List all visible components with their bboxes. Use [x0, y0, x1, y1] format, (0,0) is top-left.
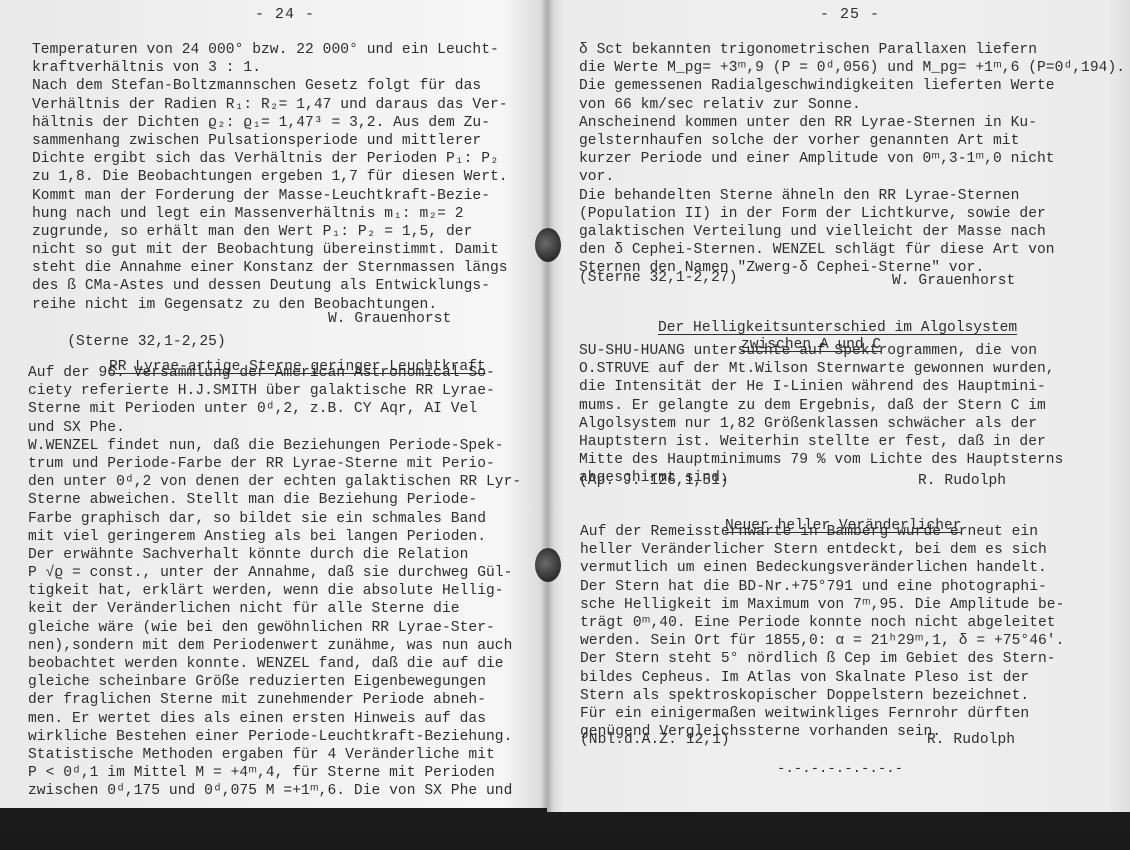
left-section2-body: Auf der 96. Versammlung der American Ast… [28, 364, 521, 801]
text-line: Dichte ergibt sich das Verhältnis der Pe… [32, 150, 508, 168]
text-line: nicht so gut mit der Beobachtung überein… [32, 241, 508, 259]
text-line: zugrunde, so erhält man den Wert P₁: P₂ … [32, 223, 508, 241]
text-line: W.WENZEL findet nun, daß die Beziehungen… [28, 437, 521, 455]
text-line: gleiche scheinbare Größe reduzierten Eig… [28, 673, 521, 691]
text-line: der fraglichen Sterne mit zunehmender Pe… [28, 691, 521, 709]
text-line: nen),sondern mit dem Periodenwert zunähm… [28, 637, 521, 655]
text-line: Sterne mit Perioden unter 0ᵈ,2, z.B. CY … [28, 400, 521, 418]
right-section1-author: W. Grauenhorst [892, 272, 1015, 290]
right-section1-body: δ Sct bekannten trigonometrischen Parall… [579, 41, 1125, 277]
text-line: Die behandelten Sterne ähneln den RR Lyr… [579, 187, 1125, 205]
text-line: kurzer Periode und einer Amplitude von 0… [579, 150, 1125, 168]
text-line: zu 1,8. Die Beobachtungen ergeben 1,7 fü… [32, 168, 508, 186]
page-number-right: - 25 - [820, 6, 880, 23]
right-section3-body: Auf der Remeissternwarte in Bamberg wurd… [580, 523, 1064, 741]
text-line: die Werte M_pg= +3ᵐ,9 (P = 0ᵈ,056) und M… [579, 59, 1125, 77]
page-number-left: - 24 - [255, 6, 315, 23]
book-gutter [540, 0, 554, 812]
text-line: Anscheinend kommen unter den RR Lyrae-St… [579, 114, 1125, 132]
text-line: tigkeit hat, erklärt werden, wenn die ab… [28, 582, 521, 600]
text-line: steht die Annahme einer Konstanz der Ste… [32, 259, 508, 277]
text-line: keit der Veränderlichen nicht für alle S… [28, 600, 521, 618]
text-line: hung nach und legt ein Massenverhältnis … [32, 205, 508, 223]
right-section3-author: R. Rudolph [927, 731, 1015, 749]
text-line: men. Er wertet dies als einen ersten Hin… [28, 710, 521, 728]
text-line: trum und Periode-Farbe der RR Lyrae-Ster… [28, 455, 521, 473]
text-line: Der Stern hat die BD-Nr.+75°791 und eine… [580, 578, 1064, 596]
binding-hole-top [535, 228, 561, 262]
text-line: sammenhang zwischen Pulsationsperiode un… [32, 132, 508, 150]
text-line: sche Helligkeit im Maximum von 7ᵐ,95. Di… [580, 596, 1064, 614]
text-line: P < 0ᵈ,1 im Mittel M = +4ᵐ,4, für Sterne… [28, 764, 521, 782]
end-divider: -.-.-.-.-.-.-.- [777, 761, 903, 777]
text-line: SU-SHU-HUANG untersuchte auf Spektrogram… [579, 342, 1063, 360]
text-line: P √ϱ = const., unter der Annahme, daß si… [28, 564, 521, 582]
text-line: δ Sct bekannten trigonometrischen Parall… [579, 41, 1125, 59]
text-line: Auf der 96. Versammlung der American Ast… [28, 364, 521, 382]
right-section3-citation: (Nbl.d.A.Z. 12,1) [580, 731, 730, 749]
text-line: Hauptstern ist. Weiterhin stellte er fes… [579, 433, 1063, 451]
text-line: gelsternhaufen solche der vorher genannt… [579, 132, 1125, 150]
right-section2-citation: (Ap. J. 126,1,51) [579, 472, 729, 490]
left-section1-body: Temperaturen von 24 000° bzw. 22 000° un… [32, 41, 508, 314]
right-section2-body: SU-SHU-HUANG untersuchte auf Spektrogram… [579, 342, 1063, 488]
text-line: zwischen 0ᵈ,175 und 0ᵈ,075 M =+1ᵐ,6. Die… [28, 782, 521, 800]
text-line: Stern als spektroskopischer Doppelstern … [580, 687, 1064, 705]
text-line: heller Veränderlicher Stern entdeckt, be… [580, 541, 1064, 559]
text-line: die Intensität der He I-Linien während d… [579, 378, 1063, 396]
binding-hole-bottom [535, 548, 561, 582]
text-line: (Population II) in der Form der Lichtkur… [579, 205, 1125, 223]
text-line: Verhältnis der Radien R₁: R₂= 1,47 und d… [32, 96, 508, 114]
left-page: - 24 - Temperaturen von 24 000° bzw. 22 … [0, 0, 547, 808]
text-line: des ß CMa-Astes und dessen Deutung als E… [32, 277, 508, 295]
text-line: Kommt man der Forderung der Masse-Leucht… [32, 187, 508, 205]
text-line: Für ein einigermaßen weitwinkliges Fernr… [580, 705, 1064, 723]
text-line: galaktischen Verteilung und vielleicht d… [579, 223, 1125, 241]
text-line: ciety referierte H.J.SMITH über galaktis… [28, 382, 521, 400]
text-line: Der erwähnte Sachverhalt könnte durch di… [28, 546, 521, 564]
text-line: vermutlich um einen Bedeckungsveränderli… [580, 559, 1064, 577]
text-line: Algolsystem nur 1,82 Größenklassen schwä… [579, 415, 1063, 433]
text-line: und SX Phe. [28, 419, 521, 437]
text-line: wirkliche Bestehen einer Periode-Leuchtk… [28, 728, 521, 746]
text-line: Temperaturen von 24 000° bzw. 22 000° un… [32, 41, 508, 59]
text-line: Farbe graphisch dar, so bildet sie ein s… [28, 510, 521, 528]
text-line: beobachtet werden konnte. WENZEL fand, d… [28, 655, 521, 673]
text-line: Statistische Methoden ergaben für 4 Verä… [28, 746, 521, 764]
text-line: den unter 0ᵈ,2 von denen der echten gala… [28, 473, 521, 491]
text-line: Auf der Remeissternwarte in Bamberg wurd… [580, 523, 1064, 541]
text-line: werden. Sein Ort für 1855,0: α = 21ʰ29ᵐ,… [580, 632, 1064, 650]
text-line: vor. [579, 168, 1125, 186]
text-line: bildes Cepheus. Im Atlas von Skalnate Pl… [580, 669, 1064, 687]
text-line: Sterne abweichen. Stellt man die Beziehu… [28, 491, 521, 509]
text-line: mums. Er gelangte zu dem Ergebnis, daß d… [579, 397, 1063, 415]
text-line: Mitte des Hauptminimums 79 % vom Lichte … [579, 451, 1063, 469]
text-line: trägt 0ᵐ,40. Eine Periode konnte noch ni… [580, 614, 1064, 632]
left-section1-author: W. Grauenhorst [328, 310, 451, 328]
text-line: Der Stern steht 5° nördlich ß Cep im Geb… [580, 650, 1064, 668]
text-line: den δ Cephei-Sternen. WENZEL schlägt für… [579, 241, 1125, 259]
right-page: - 25 - δ Sct bekannten trigonometrischen… [547, 0, 1130, 812]
text-line: mit viel geringerem Anstieg als bei lang… [28, 528, 521, 546]
text-line: Die gemessenen Radialgeschwindigkeiten l… [579, 77, 1125, 95]
text-line: Nach dem Stefan-Boltzmannschen Gesetz fo… [32, 77, 508, 95]
text-line: kraftverhältnis von 3 : 1. [32, 59, 508, 77]
right-section2-author: R. Rudolph [918, 472, 1006, 490]
text-line: von 66 km/sec relativ zur Sonne. [579, 96, 1125, 114]
right-section1-citation: (Sterne 32,1-2,27) [579, 269, 738, 287]
text-line: hältnis der Dichten ϱ₂: ϱ₁= 1,47³ = 3,2.… [32, 114, 508, 132]
text-line: O.STRUVE auf der Mt.Wilson Sternwarte ge… [579, 360, 1063, 378]
text-line: gleiche wäre (wie bei den gewöhnlichen R… [28, 619, 521, 637]
